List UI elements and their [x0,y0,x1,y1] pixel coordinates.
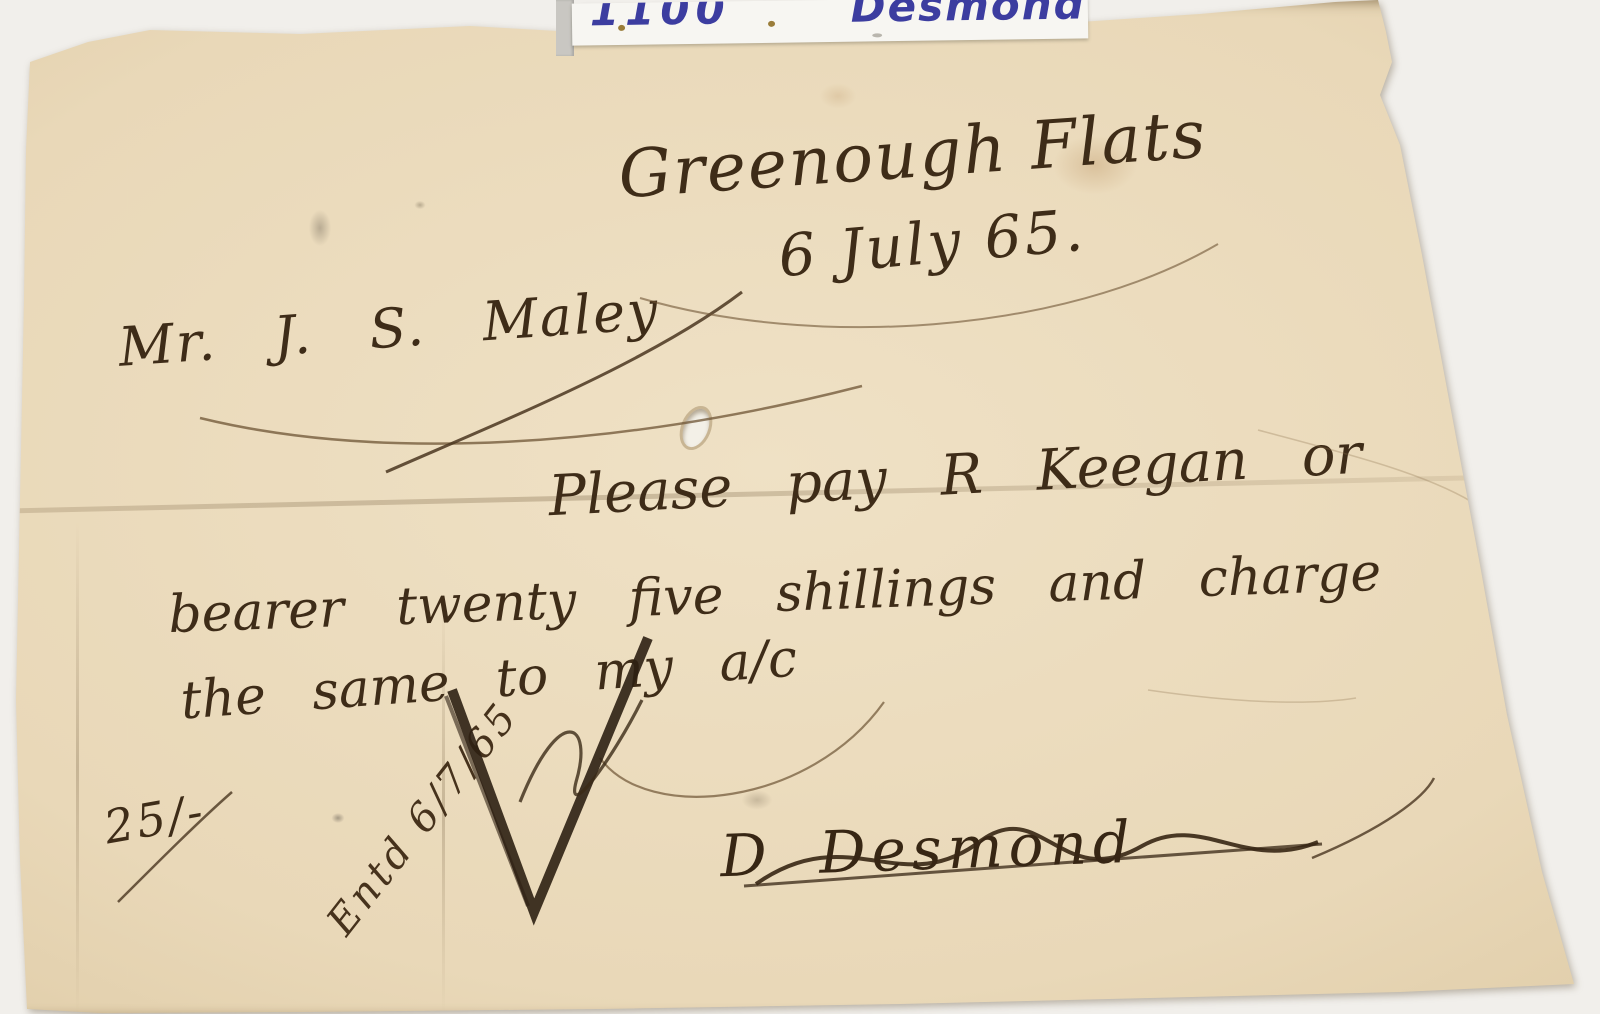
archival-label: 1100Desmond [572,0,1089,46]
label-handwriting: 1100Desmond [589,0,1085,35]
vertical-crease-left [76,520,79,1014]
label-number: 1100 [589,0,731,35]
signature: D Desmond [719,813,1137,885]
paper-shadow-wrap: Greenough Flats 6 July 65. Mr. J. S. Mal… [0,0,1600,1014]
scanned-document: Greenough Flats 6 July 65. Mr. J. S. Mal… [0,0,1600,1014]
note-paper: Greenough Flats 6 July 65. Mr. J. S. Mal… [0,0,1600,1014]
label-name: Desmond [850,0,1086,32]
label-speck-2 [768,21,775,27]
label-speck-3 [872,33,882,37]
label-speck-1 [618,25,625,31]
